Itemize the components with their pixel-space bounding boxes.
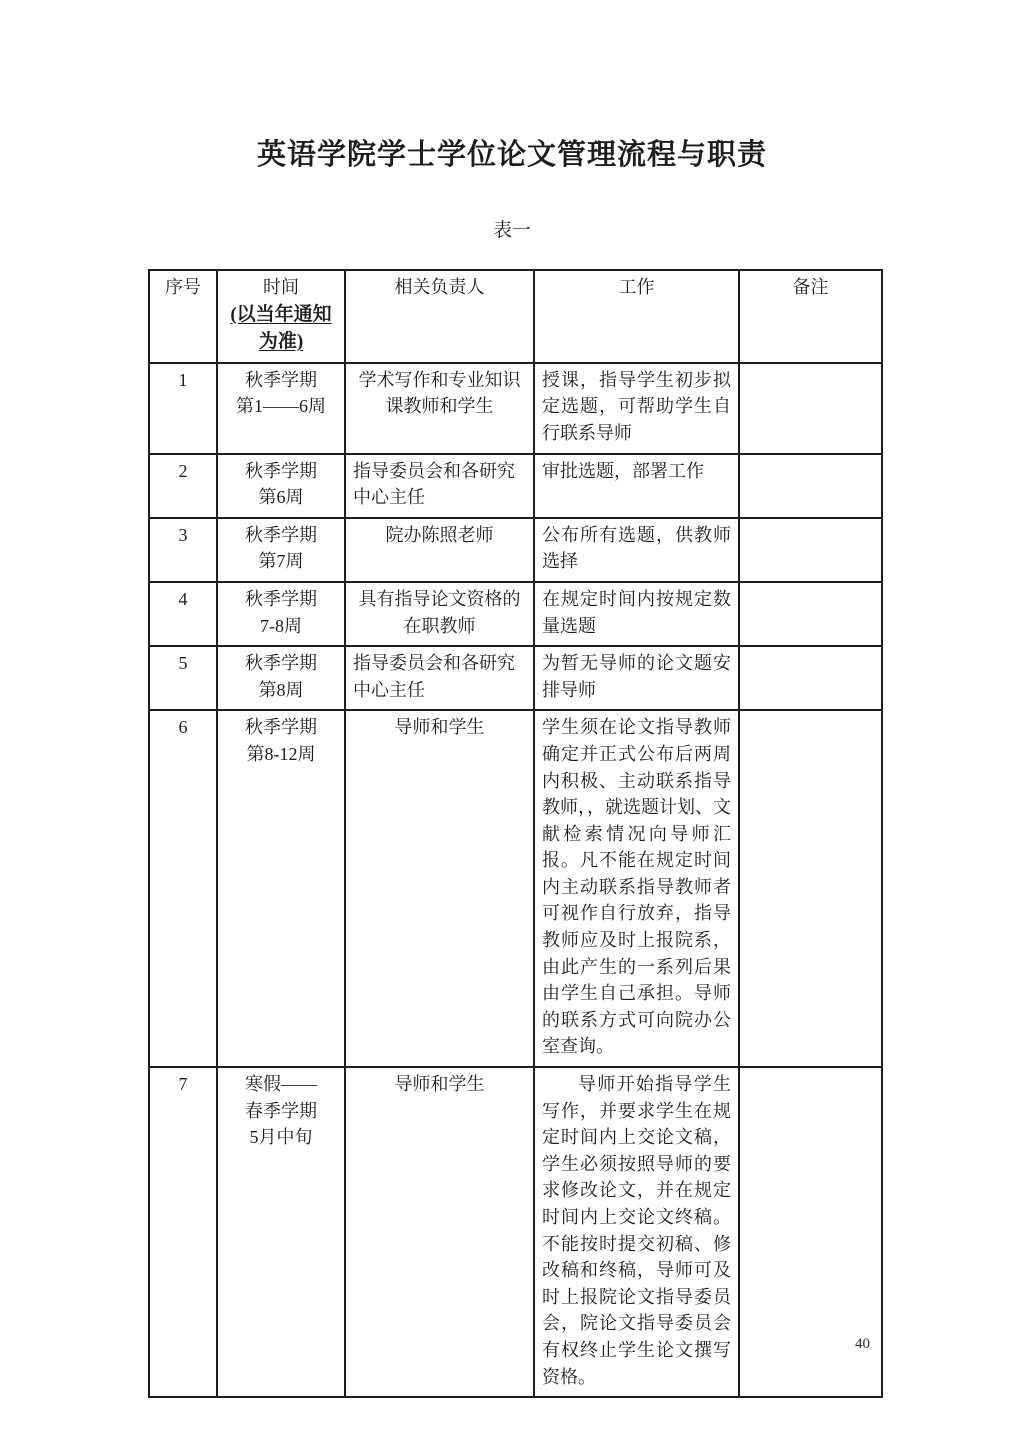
cell-no: 5 <box>149 646 217 710</box>
header-no: 序号 <box>149 270 217 363</box>
cell-time: 秋季学期 第8周 <box>217 646 345 710</box>
table-row: 2 秋季学期 第6周 指导委员会和各研究中心主任 审批选题，部署工作 <box>149 454 882 518</box>
cell-work: 导师开始指导学生写作，并要求学生在规定时间内上交论文稿，学生必须按照导师的要求修… <box>534 1067 739 1397</box>
cell-remarks <box>739 582 882 646</box>
thesis-process-table: 序号 时间 (以当年通知为准) 相关负责人 工作 备注 1 秋季学期 第1——6… <box>148 269 883 1398</box>
cell-no: 6 <box>149 710 217 1067</box>
table-row: 3 秋季学期 第7周 院办陈照老师 公布所有选题，供教师选择 <box>149 518 882 582</box>
cell-time: 秋季学期 第8-12周 <box>217 710 345 1067</box>
page-title: 英语学院学士学位论文管理流程与职责 <box>0 132 1024 173</box>
header-remarks: 备注 <box>739 270 882 363</box>
cell-remarks <box>739 710 882 1067</box>
document-page: 英语学院学士学位论文管理流程与职责 表一 序号 时间 (以当年通知为准) 相关负… <box>0 0 1024 1447</box>
cell-time: 秋季学期 第1——6周 <box>217 363 345 454</box>
cell-work: 学生须在论文指导教师确定并正式公布后两周内积极、主动联系指导教师，，就选题计划、… <box>534 710 739 1067</box>
cell-time: 秋季学期 7-8周 <box>217 582 345 646</box>
header-time-note: (以当年通知为准) <box>230 304 331 353</box>
cell-time: 秋季学期 第7周 <box>217 518 345 582</box>
cell-responsible: 导师和学生 <box>345 1067 534 1397</box>
cell-responsible: 导师和学生 <box>345 710 534 1067</box>
cell-work: 公布所有选题，供教师选择 <box>534 518 739 582</box>
cell-remarks <box>739 363 882 454</box>
cell-responsible: 院办陈照老师 <box>345 518 534 582</box>
table-row: 1 秋季学期 第1——6周 学术写作和专业知识课教师和学生 授课，指导学生初步拟… <box>149 363 882 454</box>
cell-responsible: 学术写作和专业知识课教师和学生 <box>345 363 534 454</box>
header-time: 时间 (以当年通知为准) <box>217 270 345 363</box>
header-work: 工作 <box>534 270 739 363</box>
cell-no: 4 <box>149 582 217 646</box>
cell-responsible: 指导委员会和各研究中心主任 <box>345 454 534 518</box>
cell-remarks <box>739 454 882 518</box>
table-header-row: 序号 时间 (以当年通知为准) 相关负责人 工作 备注 <box>149 270 882 363</box>
header-responsible: 相关负责人 <box>345 270 534 363</box>
table-row: 7 寒假—— 春季学期 5月中旬 导师和学生 导师开始指导学生写作，并要求学生在… <box>149 1067 882 1397</box>
page-number: 40 <box>855 1336 870 1353</box>
cell-remarks <box>739 518 882 582</box>
table-caption: 表一 <box>0 215 1024 242</box>
table-row: 5 秋季学期 第8周 指导委员会和各研究中心主任 为暂无导师的论文题安排导师 <box>149 646 882 710</box>
cell-work: 为暂无导师的论文题安排导师 <box>534 646 739 710</box>
cell-no: 2 <box>149 454 217 518</box>
cell-remarks <box>739 646 882 710</box>
cell-responsible: 具有指导论文资格的在职教师 <box>345 582 534 646</box>
table-row: 6 秋季学期 第8-12周 导师和学生 学生须在论文指导教师确定并正式公布后两周… <box>149 710 882 1067</box>
cell-no: 1 <box>149 363 217 454</box>
cell-responsible: 指导委员会和各研究中心主任 <box>345 646 534 710</box>
cell-time: 寒假—— 春季学期 5月中旬 <box>217 1067 345 1397</box>
cell-no: 7 <box>149 1067 217 1397</box>
table-row: 4 秋季学期 7-8周 具有指导论文资格的在职教师 在规定时间内按规定数量选题 <box>149 582 882 646</box>
cell-work: 授课，指导学生初步拟定选题，可帮助学生自行联系导师 <box>534 363 739 454</box>
cell-work: 审批选题，部署工作 <box>534 454 739 518</box>
header-time-label: 时间 <box>222 274 340 301</box>
cell-time: 秋季学期 第6周 <box>217 454 345 518</box>
cell-work: 在规定时间内按规定数量选题 <box>534 582 739 646</box>
cell-no: 3 <box>149 518 217 582</box>
